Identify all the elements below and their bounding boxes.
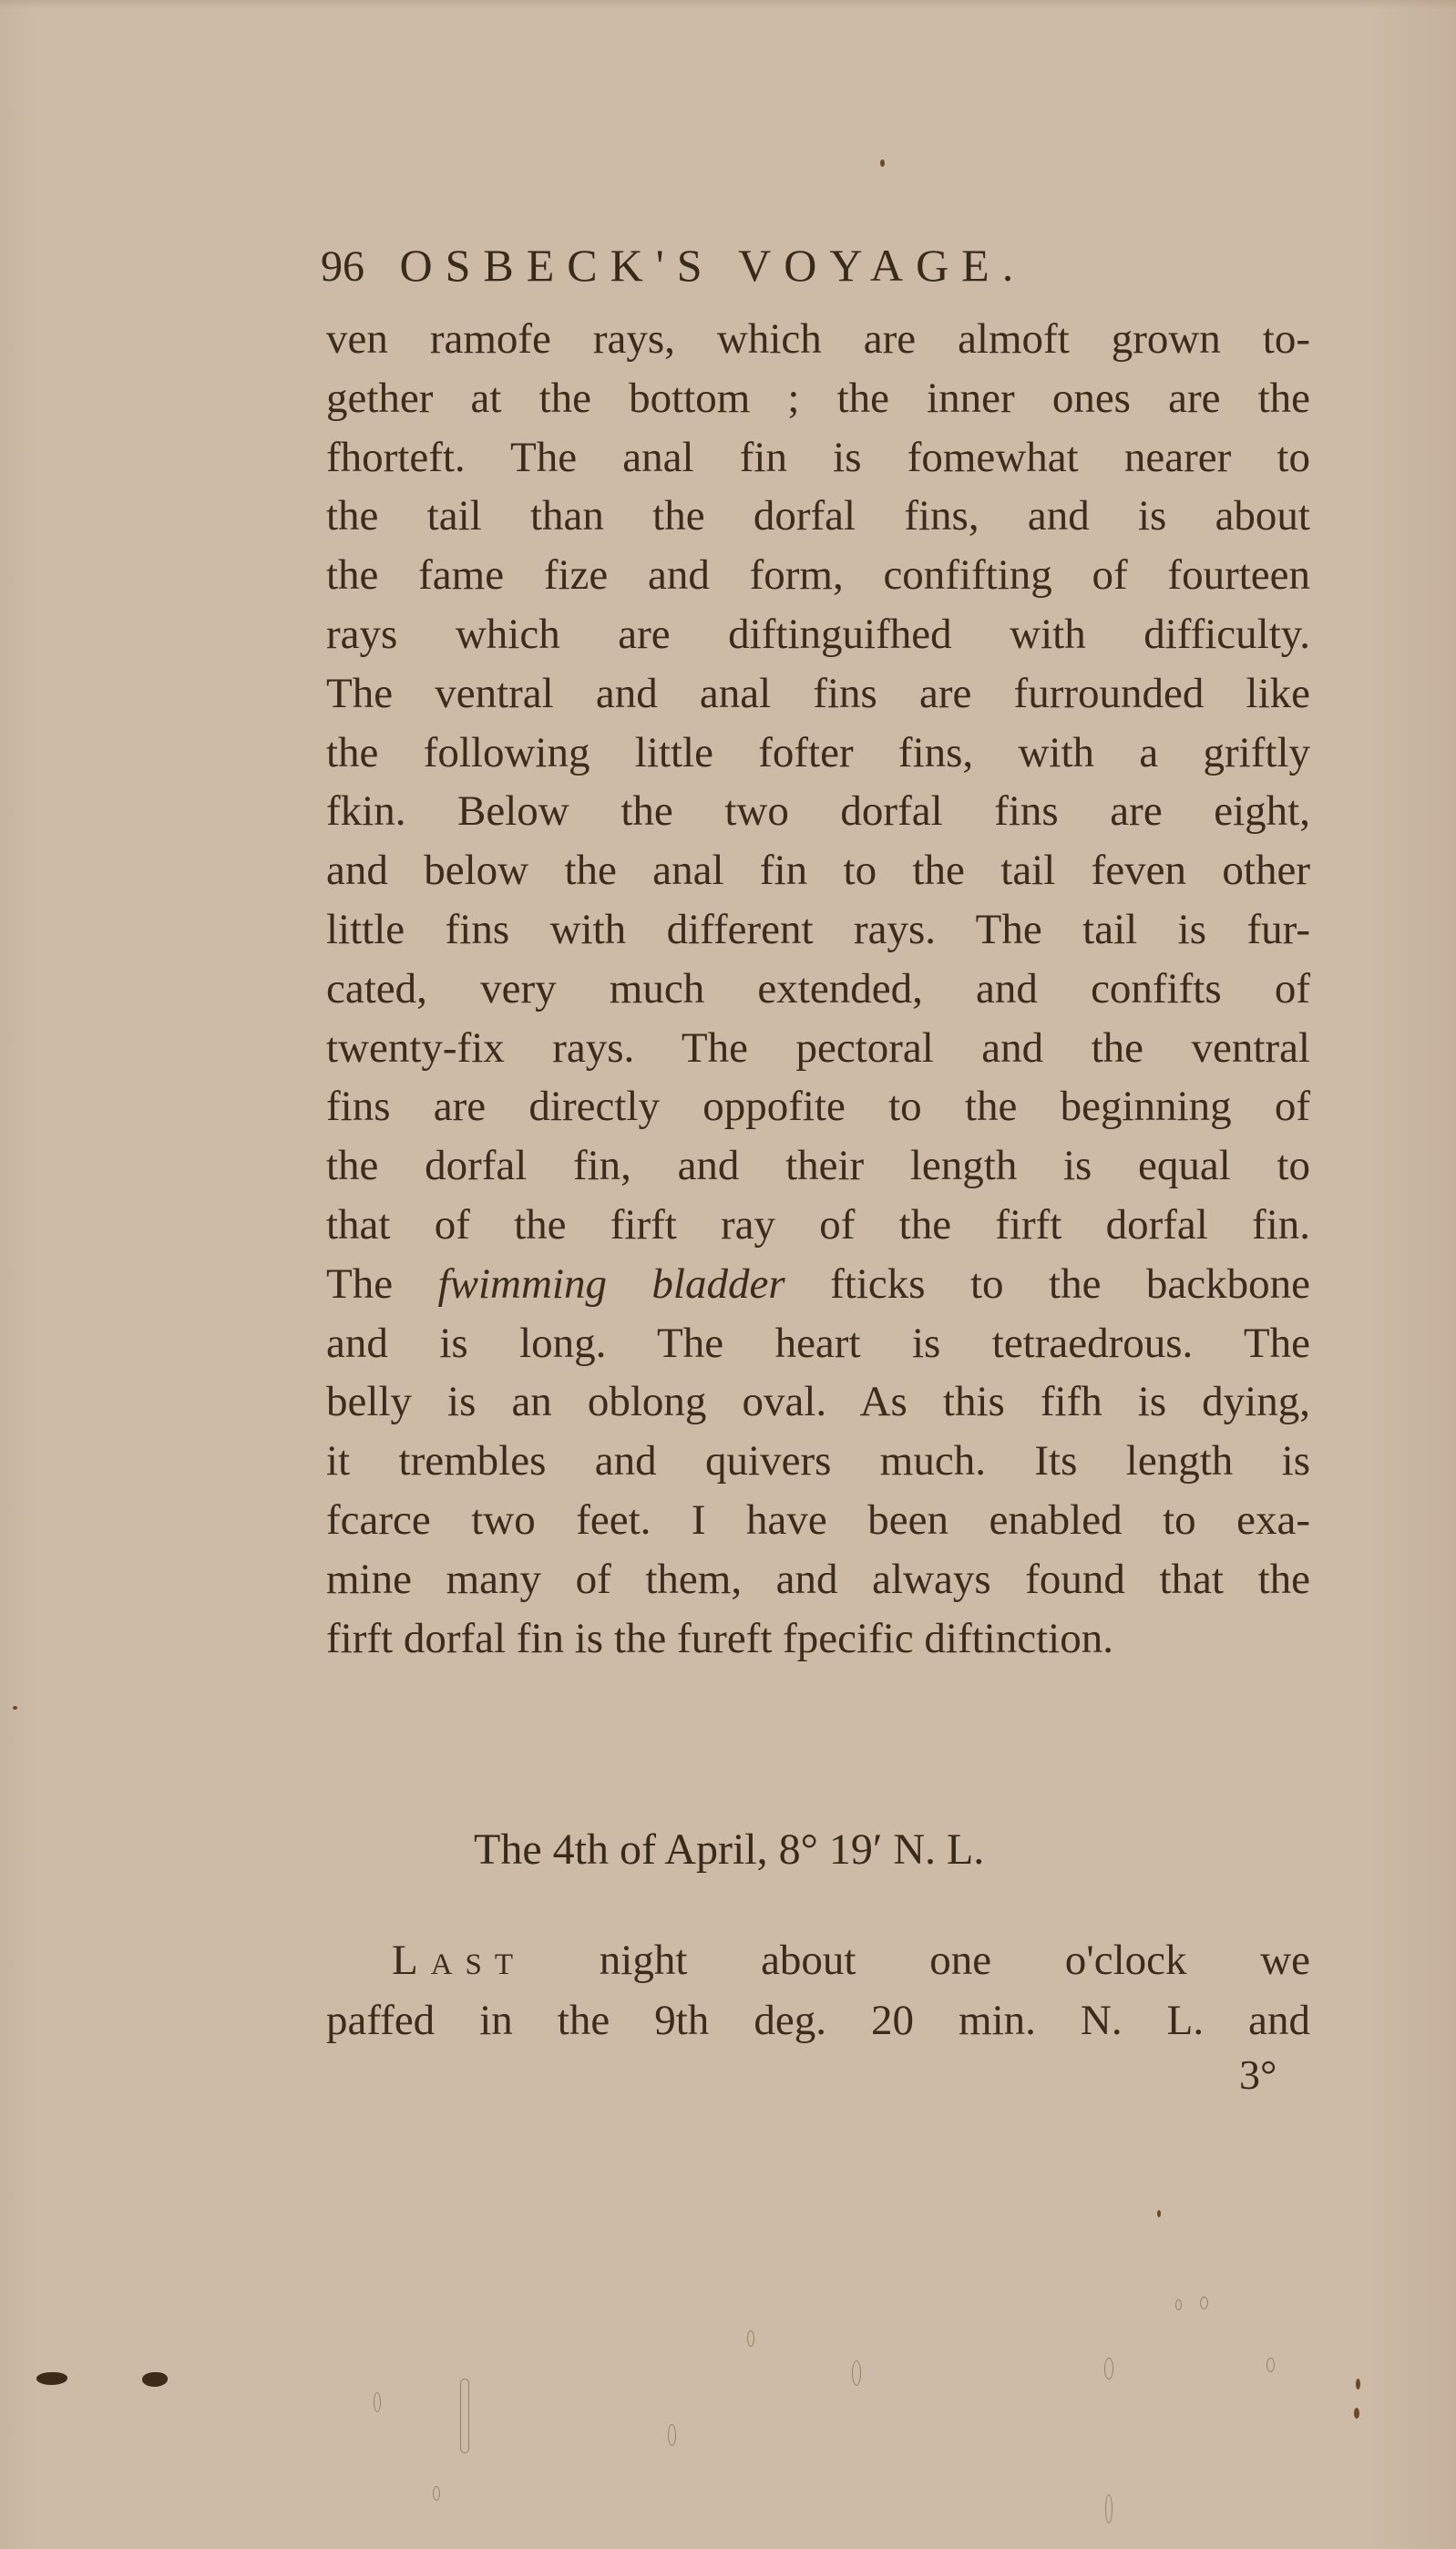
text-line: fkin. Below the two dorfal fins are eigh… (326, 782, 1310, 841)
text-line: that of the firft ray of the firft dorfa… (326, 1196, 1310, 1255)
catchword: 3° (1239, 2051, 1277, 2099)
page-number: 96 (321, 242, 364, 291)
text-fragment: night about one o'clock we (526, 1937, 1310, 1984)
text-line: rays which are diftinguifhed with diffic… (326, 605, 1310, 664)
body-paragraph: ven ramofe rays, which are almoft grown … (326, 310, 1310, 1668)
paper-speck (1157, 2210, 1161, 2217)
foxing-ring (1200, 2297, 1208, 2309)
paper-speck (1356, 2379, 1360, 2390)
book-page: 96 OSBECK'S VOYAGE. ven ramofe rays, whi… (0, 0, 1456, 2549)
running-title: OSBECK'S VOYAGE. (400, 240, 1027, 291)
text-line: twenty-fix rays. The pectoral and the ve… (326, 1019, 1310, 1078)
foxing-ring (374, 2392, 381, 2412)
text-line: ven ramofe rays, which are almoft grown … (326, 310, 1310, 369)
text-line: fins are directly oppofite to the beginn… (326, 1077, 1310, 1136)
ink-blot (142, 2372, 168, 2387)
foxing-ring (747, 2330, 754, 2347)
lead-word: Last (392, 1937, 526, 1984)
paper-speck (1354, 2408, 1359, 2419)
ink-blot (36, 2372, 67, 2385)
section-heading-date: The 4th of April, 8° 19′ N. L. (474, 1824, 984, 1875)
running-head: 96 OSBECK'S VOYAGE. (321, 239, 1026, 292)
text-line-swimming-bladder: The fwimming bladder fticks to the backb… (326, 1255, 1310, 1314)
text-line: fcarce two feet. I have been enabled to … (326, 1491, 1310, 1550)
text-line: gether at the bottom ; the inner ones ar… (326, 369, 1310, 428)
italic-term: fwimming bladder (438, 1260, 785, 1308)
text-line: and is long. The heart is tetraedrous. T… (326, 1314, 1310, 1373)
foxing-ring (1266, 2358, 1275, 2372)
text-line: Last night about one o'clock we (326, 1930, 1310, 1990)
text-fragment: fticks to the backbone (785, 1260, 1310, 1308)
text-line: it trembles and quivers much. Its length… (326, 1432, 1310, 1491)
foxing-ring (460, 2379, 469, 2453)
foxing-ring (1175, 2299, 1182, 2310)
text-line: belly is an oblong oval. As this fifh is… (326, 1372, 1310, 1432)
foxing-ring (1104, 2358, 1113, 2379)
text-line: the dorfal fin, and their length is equa… (326, 1136, 1310, 1196)
text-line: the fame fize and form, confifting of fo… (326, 546, 1310, 605)
foxing-ring (433, 2486, 440, 2501)
second-paragraph: Last night about one o'clock we paffed i… (326, 1930, 1310, 2051)
text-line: cated, very much extended, and confifts … (326, 960, 1310, 1019)
text-line-last: firft dorfal fin is the fureft fpecific … (326, 1609, 1310, 1669)
text-line: little fins with different rays. The tai… (326, 900, 1310, 960)
paper-speck (880, 159, 885, 167)
foxing-ring (852, 2360, 861, 2386)
paper-speck (13, 1706, 17, 1710)
foxing-ring (668, 2424, 676, 2446)
text-line: the tail than the dorfal fins, and is ab… (326, 487, 1310, 546)
text-fragment: The (326, 1260, 438, 1308)
text-line: paffed in the 9th deg. 20 min. N. L. and (326, 1990, 1310, 2051)
text-line: the following little fofter fins, with a… (326, 724, 1310, 783)
text-line: mine many of them, and always found that… (326, 1550, 1310, 1609)
text-line: and below the anal fin to the tail feven… (326, 841, 1310, 900)
text-line: fhorteft. The anal fin is fomewhat neare… (326, 428, 1310, 488)
foxing-ring (1105, 2494, 1113, 2523)
text-line: The ventral and anal fins are furrounded… (326, 664, 1310, 724)
